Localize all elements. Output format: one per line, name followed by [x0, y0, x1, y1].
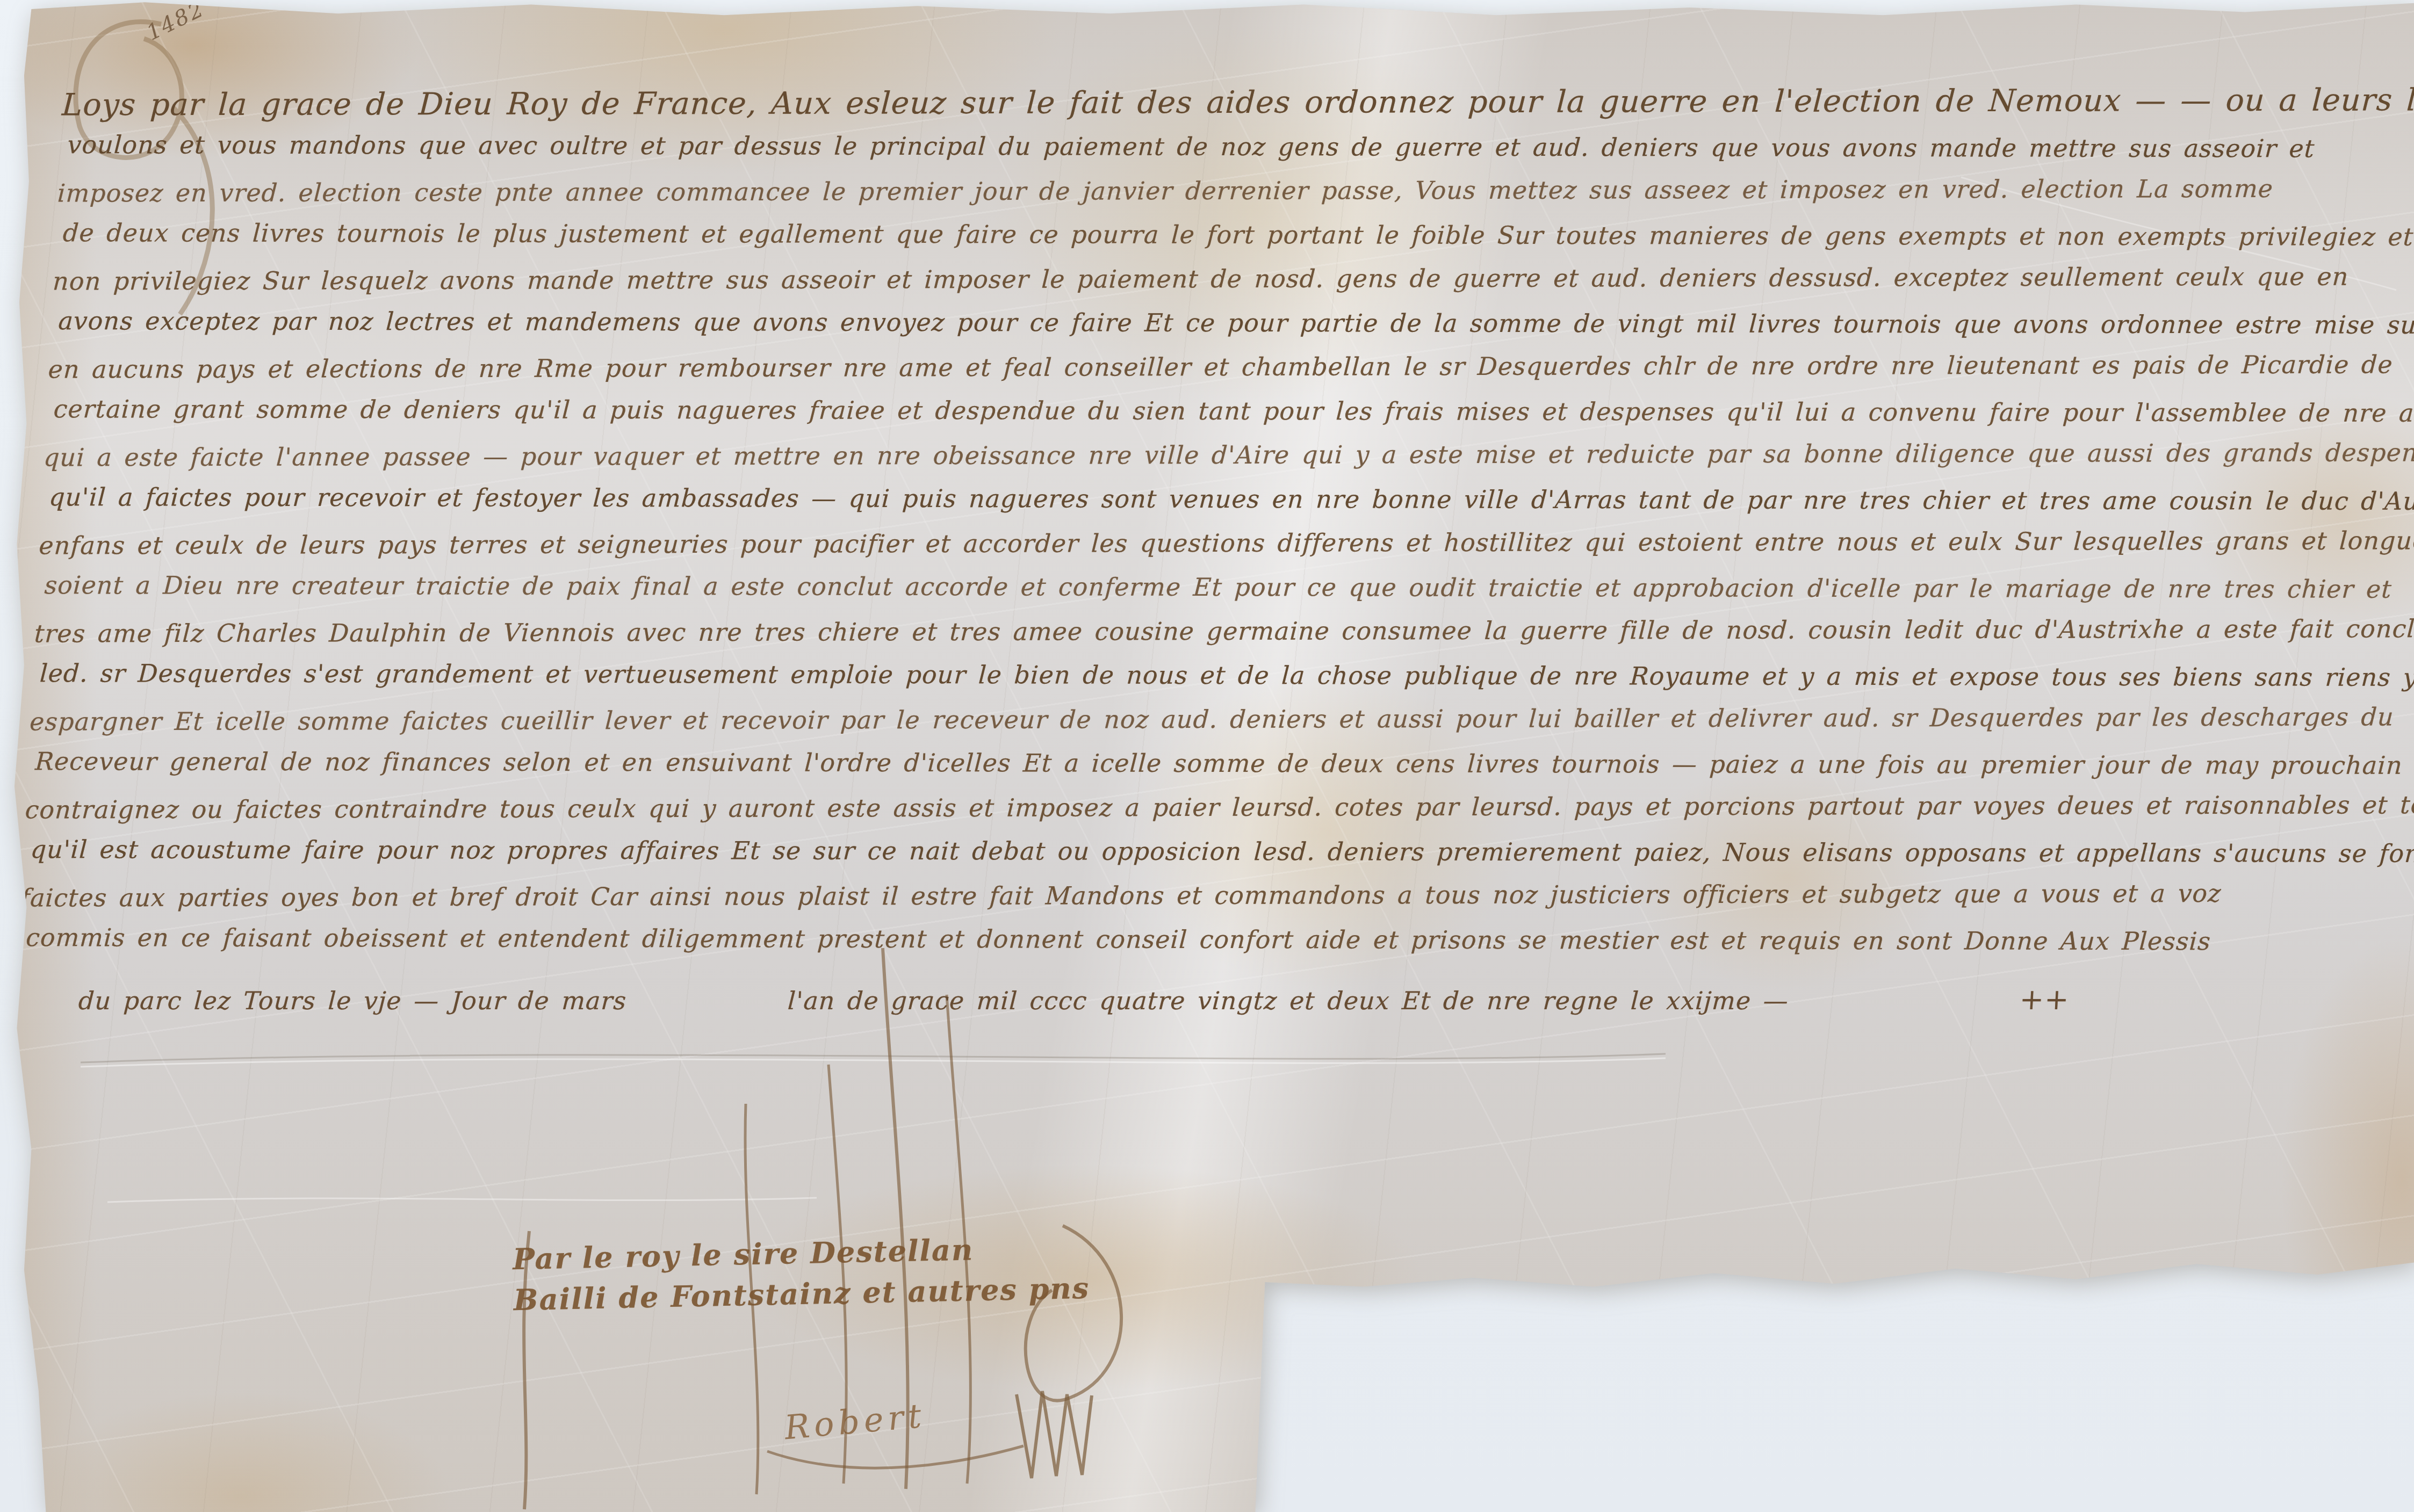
manuscript-line: qu'il a faictes pour recevoir et festoye…	[48, 475, 2399, 523]
manuscript-line: avons exceptez par noz lectres et mandem…	[57, 299, 2409, 347]
manuscript-line: de deux cens livres tournois le plus jus…	[62, 211, 2413, 259]
parchment-sheet: 1482	[0, 0, 2414, 1512]
clerk-paraph-signature: Robert	[783, 1396, 927, 1448]
manuscript-line: non privilegiez Sur lesquelz avons mande…	[52, 254, 2404, 303]
archival-date-note: 1482	[143, 0, 208, 46]
manuscript-line: led. sr Desquerdes s'est grandement et v…	[39, 651, 2390, 699]
manuscript-line: imposez en vred. election ceste pnte ann…	[56, 166, 2409, 215]
manuscript-line: qui a este faicte l'annee passee — pour …	[42, 430, 2395, 479]
dateline-place: du parc lez Tours le vje — Jour de mars	[77, 979, 628, 1023]
manuscript-line: contraignez ou faictes contraindre tous …	[24, 783, 2376, 831]
dateline: du parc lez Tours le vje — Jour de mars …	[14, 978, 2366, 1023]
photo-backdrop: 1482	[0, 0, 2414, 1512]
manuscript-line: Receveur general de noz finances selon e…	[34, 739, 2386, 787]
dateline-closing-mark: ++	[2019, 978, 2071, 1022]
crease-line	[107, 1198, 817, 1202]
crease-line	[81, 1054, 1666, 1062]
manuscript-line: tres ame filz Charles Daulphin de Vienno…	[33, 606, 2386, 655]
manuscript-line: qu'il est acoustume faire pour noz propr…	[30, 827, 2381, 876]
manuscript-line: soient a Dieu nre createur traictie de p…	[44, 563, 2395, 611]
manuscript-line: enfans et ceulx de leurs pays terres et …	[38, 518, 2390, 567]
crease-highlight	[81, 1058, 1666, 1067]
paraph-zigzag-icon	[1017, 1391, 1092, 1478]
manuscript-line: commis en ce faisant obeissent et entend…	[25, 915, 2376, 964]
manuscript-line: en aucuns pays et elections de nre Rme p…	[47, 342, 2399, 391]
chancery-subscription: Par le roy le sire Destellan Bailli de F…	[513, 1227, 1090, 1320]
dateline-year: l'an de grace mil cccc quatre vingtz et …	[787, 979, 1790, 1023]
manuscript-text-block: Loys par la grace de Dieu Roy de France,…	[14, 81, 2413, 1023]
parchment-surface: 1482	[0, 0, 2414, 1512]
manuscript-line: Loys par la grace de Dieu Roy de France,…	[61, 78, 2413, 127]
manuscript-line: faictes aux parties oyes bon et bref dro…	[19, 871, 2372, 920]
manuscript-line: certaine grant somme de deniers qu'il a …	[53, 387, 2404, 435]
manuscript-line: voulons et vous mandons que avec oultre …	[66, 122, 2414, 171]
manuscript-line: espargner Et icelle somme faictes cueill…	[28, 694, 2381, 743]
